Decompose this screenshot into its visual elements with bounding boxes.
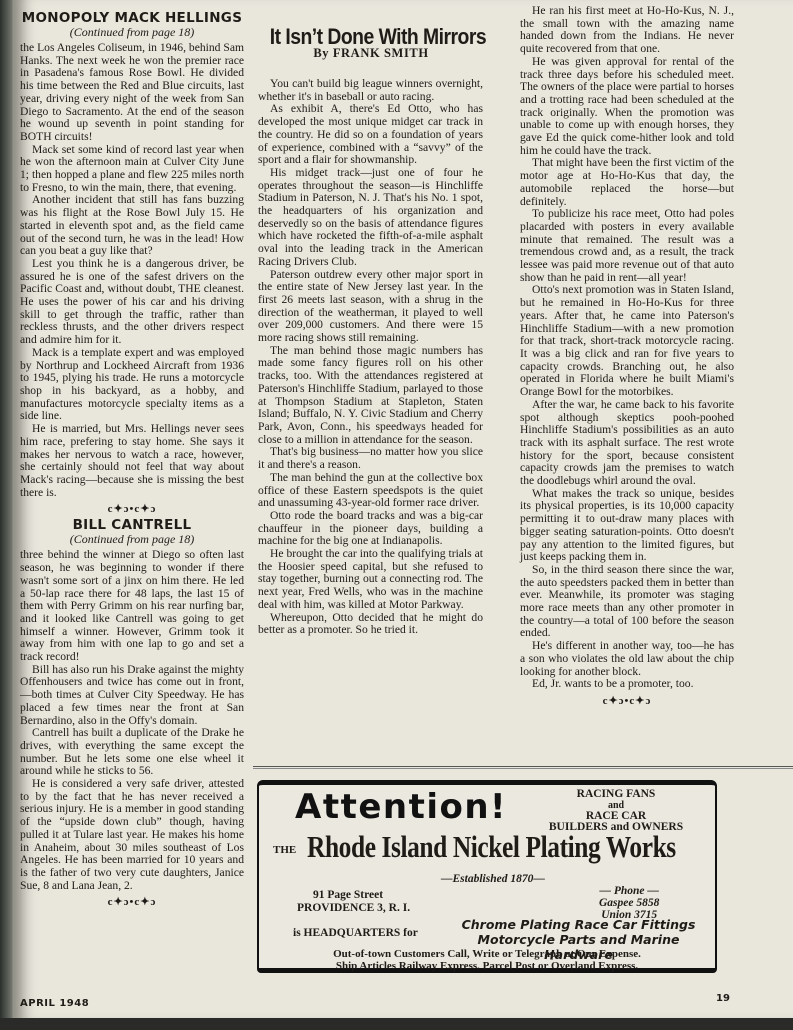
right-column: He ran his first meet at Ho-Ho-Kus, N. J… [520, 5, 734, 711]
ad-city: PROVIDENCE 3, R. I. [297, 902, 410, 915]
paragraph: Cantrell has built a duplicate of the Dr… [20, 727, 244, 778]
paragraph: The man behind the gun at the collective… [258, 472, 483, 510]
paragraph: Mack is a template expert and was employ… [20, 347, 244, 423]
section-title-mack-hellings: MONOPOLY MACK HELLINGS [20, 10, 244, 26]
ornament-divider: c✦ɔ•c✦ɔ [20, 896, 244, 909]
ad-the: THE [273, 844, 296, 856]
issue-date: APRIL 1948 [20, 998, 89, 1009]
paragraph: He is considered a very safe driver, att… [20, 778, 244, 892]
advertisement-box: Attention! RACING FANS and RACE CAR BUIL… [257, 780, 717, 973]
ad-established: —Established 1870— [441, 873, 545, 885]
page-bottom-edge [0, 1018, 793, 1030]
ad-audience-line: RACING FANS [521, 789, 711, 800]
ad-address: 91 Page Street PROVIDENCE 3, R. I. [297, 889, 410, 915]
ad-headline: Attention! [295, 787, 507, 827]
ad-footer-line: Out-of-town Customers Call, Write or Tel… [259, 948, 715, 960]
ad-phone: — Phone — Gaspee 5858 Union 3715 [599, 885, 659, 921]
paragraph: He is married, but Mrs. Hellings never s… [20, 423, 244, 499]
ad-company-name: Rhode Island Nickel Plating Works [307, 829, 676, 865]
paragraph: You can't build big league winners overn… [258, 78, 483, 103]
paragraph: That might have been the first victim of… [520, 157, 734, 208]
ornament-divider: c✦ɔ•c✦ɔ [520, 695, 734, 708]
ad-service: Chrome Plating Race Car Fittings [442, 917, 715, 932]
paragraph: Another incident that still has fans buz… [20, 194, 244, 258]
ad-footer-line: Ship Articles Railway Express, Parcel Po… [259, 960, 715, 972]
ornament-divider: c✦ɔ•c✦ɔ [20, 503, 244, 516]
paragraph: That's big business—no matter how you sl… [258, 446, 483, 471]
ad-street: 91 Page Street [297, 889, 410, 902]
section-title-bill-cantrell: BILL CANTRELL [20, 519, 244, 532]
paragraph: He brought the car into the qualifying t… [258, 548, 483, 612]
paragraph: Lest you think he is a dangerous driver,… [20, 258, 244, 347]
paragraph: Ed, Jr. wants to be a promoter, too. [520, 678, 734, 691]
byline: By FRANK SMITH [256, 46, 486, 61]
paragraph: He's different in another way, too—he ha… [520, 640, 734, 678]
continued-note: (Continued from page 18) [20, 533, 244, 546]
section-rule [253, 766, 793, 769]
paragraph: three behind the winner at Diego so ofte… [20, 549, 244, 663]
paragraph: Otto's next promotion was in Staten Isla… [520, 284, 734, 398]
ad-headquarters: is HEADQUARTERS for [293, 927, 418, 939]
paragraph: He ran his first meet at Ho-Ho-Kus, N. J… [520, 5, 734, 56]
middle-column: You can't build big league winners overn… [258, 78, 483, 637]
paragraph: His midget track—just one of four he ope… [258, 167, 483, 269]
paragraph: The man behind those magic numbers has m… [258, 345, 483, 447]
left-column: the Los Angeles Coliseum, in 1946, behin… [20, 30, 244, 912]
ad-phone-number: Gaspee 5858 [599, 897, 659, 909]
paragraph: To publicize his race meet, Otto had pol… [520, 208, 734, 284]
paragraph: Paterson outdrew every other major sport… [258, 269, 483, 345]
paragraph: Whereupon, Otto decided that he might do… [258, 612, 483, 637]
paragraph: Mack set some kind of record last year w… [20, 144, 244, 195]
paragraph: So, in the third season there since the … [520, 564, 734, 640]
paragraph: Bill has also run his Drake against the … [20, 664, 244, 728]
paragraph: What makes the track so unique, besides … [520, 488, 734, 564]
page-number: 19 [716, 993, 730, 1004]
ad-audience: RACING FANS and RACE CAR BUILDERS and OW… [521, 789, 711, 833]
ad-footer: Out-of-town Customers Call, Write or Tel… [259, 948, 715, 972]
paragraph: He was given approval for rental of the … [520, 56, 734, 158]
paragraph: Otto rode the board tracks and was a big… [258, 510, 483, 548]
paragraph: After the war, he came back to his favor… [520, 399, 734, 488]
paragraph: the Los Angeles Coliseum, in 1946, behin… [20, 42, 244, 144]
ad-phone-label: — Phone — [599, 885, 659, 897]
paragraph: As exhibit A, there's Ed Otto, who has d… [258, 103, 483, 167]
